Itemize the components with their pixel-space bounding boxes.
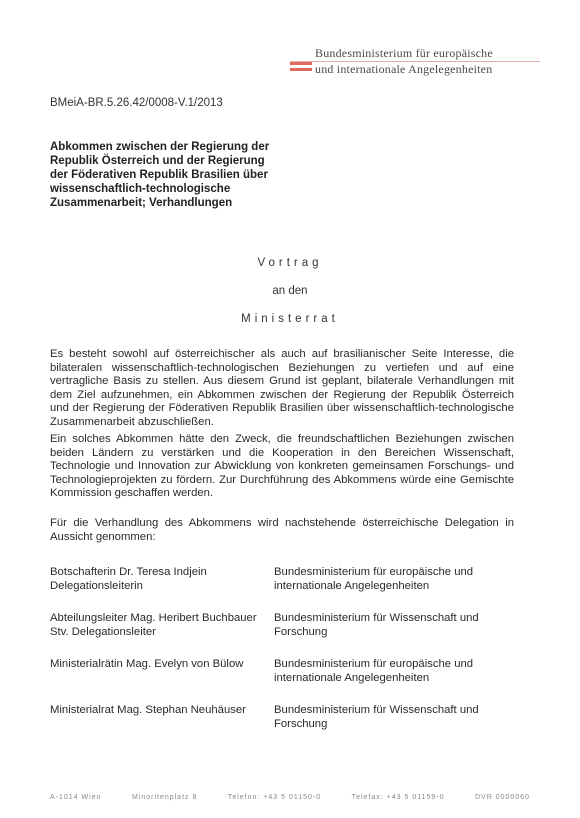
- delegation-list: Botschafterin Dr. Teresa Indjein Delegat…: [50, 566, 530, 750]
- delegation-row: Ministerialrat Mag. Stephan Neuhäuser Bu…: [50, 704, 530, 731]
- delegate-ministry: Bundesministerium für Wissenschaft und F…: [274, 612, 530, 639]
- paragraph-2: Ein solches Abkommen hätte den Zweck, di…: [50, 433, 514, 501]
- paragraph-3: Für die Verhandlung des Abkommens wird n…: [50, 517, 514, 544]
- subject-line: Republik Österreich und der Regierung: [50, 154, 310, 168]
- subject-line: wissenschaftlich-technologische: [50, 182, 310, 196]
- ministry-line: Bundesministerium für Wissenschaft und: [274, 612, 530, 626]
- paragraph-1: Es besteht sowohl auf österreichischer a…: [50, 348, 514, 429]
- letterhead-line-2: und internationale Angelegenheiten: [315, 62, 492, 77]
- delegate-ministry: Bundesministerium für europäische und in…: [274, 658, 530, 685]
- delegate-title-name: Ministerialrat Mag. Stephan Neuhäuser: [50, 704, 274, 718]
- subject-line: Zusammenarbeit; Verhandlungen: [50, 196, 310, 210]
- delegation-row: Botschafterin Dr. Teresa Indjein Delegat…: [50, 566, 530, 593]
- delegation-row: Ministerialrätin Mag. Evelyn von Bülow B…: [50, 658, 530, 685]
- delegate-role: Stv. Delegationsleiter: [50, 626, 274, 640]
- ministry-letterhead: Bundesministerium für europäische und in…: [290, 46, 570, 82]
- footer-address: Minoritenplatz 8: [132, 794, 197, 801]
- delegate-title-name: Abteilungsleiter Mag. Heribert Buchbauer: [50, 612, 274, 626]
- ministry-line: Forschung: [274, 718, 530, 732]
- footer-phone: Telefon: +43 5 01150-0: [228, 794, 321, 801]
- delegate-title-name: Ministerialrätin Mag. Evelyn von Bülow: [50, 658, 274, 672]
- letterhead-line-1: Bundesministerium für europäische: [315, 46, 493, 61]
- delegate-role: Delegationsleiterin: [50, 580, 274, 594]
- footer-fax: Telefax: +43 5 01159-0: [352, 794, 445, 801]
- reference-number: BMeiA-BR.5.26.42/0008-V.1/2013: [50, 97, 223, 109]
- heading-ministerrat: Ministerrat: [0, 313, 580, 325]
- subject-line: Abkommen zwischen der Regierung der: [50, 140, 310, 154]
- letter-footer: A-1014 Wien Minoritenplatz 8 Telefon: +4…: [50, 794, 530, 801]
- delegate-title-name: Botschafterin Dr. Teresa Indjein: [50, 566, 274, 580]
- heading-an-den: an den: [0, 285, 580, 297]
- ministry-line: internationale Angelegenheiten: [274, 580, 530, 594]
- delegate-name: Ministerialrat Mag. Stephan Neuhäuser: [50, 704, 274, 731]
- ministry-line: Forschung: [274, 626, 530, 640]
- delegate-name: Abteilungsleiter Mag. Heribert Buchbauer…: [50, 612, 274, 639]
- heading-vortrag: Vortrag: [0, 257, 580, 269]
- delegate-name: Ministerialrätin Mag. Evelyn von Bülow: [50, 658, 274, 685]
- subject-line: der Föderativen Republik Brasilien über: [50, 168, 310, 182]
- footer-dvr: DVR 0000060: [475, 794, 530, 801]
- ministry-line: Bundesministerium für europäische und: [274, 566, 530, 580]
- austrian-flag-stripe-icon: [290, 62, 312, 65]
- ministry-line: Bundesministerium für europäische und: [274, 658, 530, 672]
- delegate-ministry: Bundesministerium für europäische und in…: [274, 566, 530, 593]
- ministry-line: internationale Angelegenheiten: [274, 672, 530, 686]
- delegate-ministry: Bundesministerium für Wissenschaft und F…: [274, 704, 530, 731]
- subject-heading: Abkommen zwischen der Regierung der Repu…: [50, 140, 310, 210]
- austrian-flag-stripe-icon: [290, 68, 312, 71]
- document-page: Bundesministerium für europäische und in…: [0, 0, 580, 818]
- delegate-name: Botschafterin Dr. Teresa Indjein Delegat…: [50, 566, 274, 593]
- ministry-line: Bundesministerium für Wissenschaft und: [274, 704, 530, 718]
- footer-city: A-1014 Wien: [50, 794, 101, 801]
- delegation-row: Abteilungsleiter Mag. Heribert Buchbauer…: [50, 612, 530, 639]
